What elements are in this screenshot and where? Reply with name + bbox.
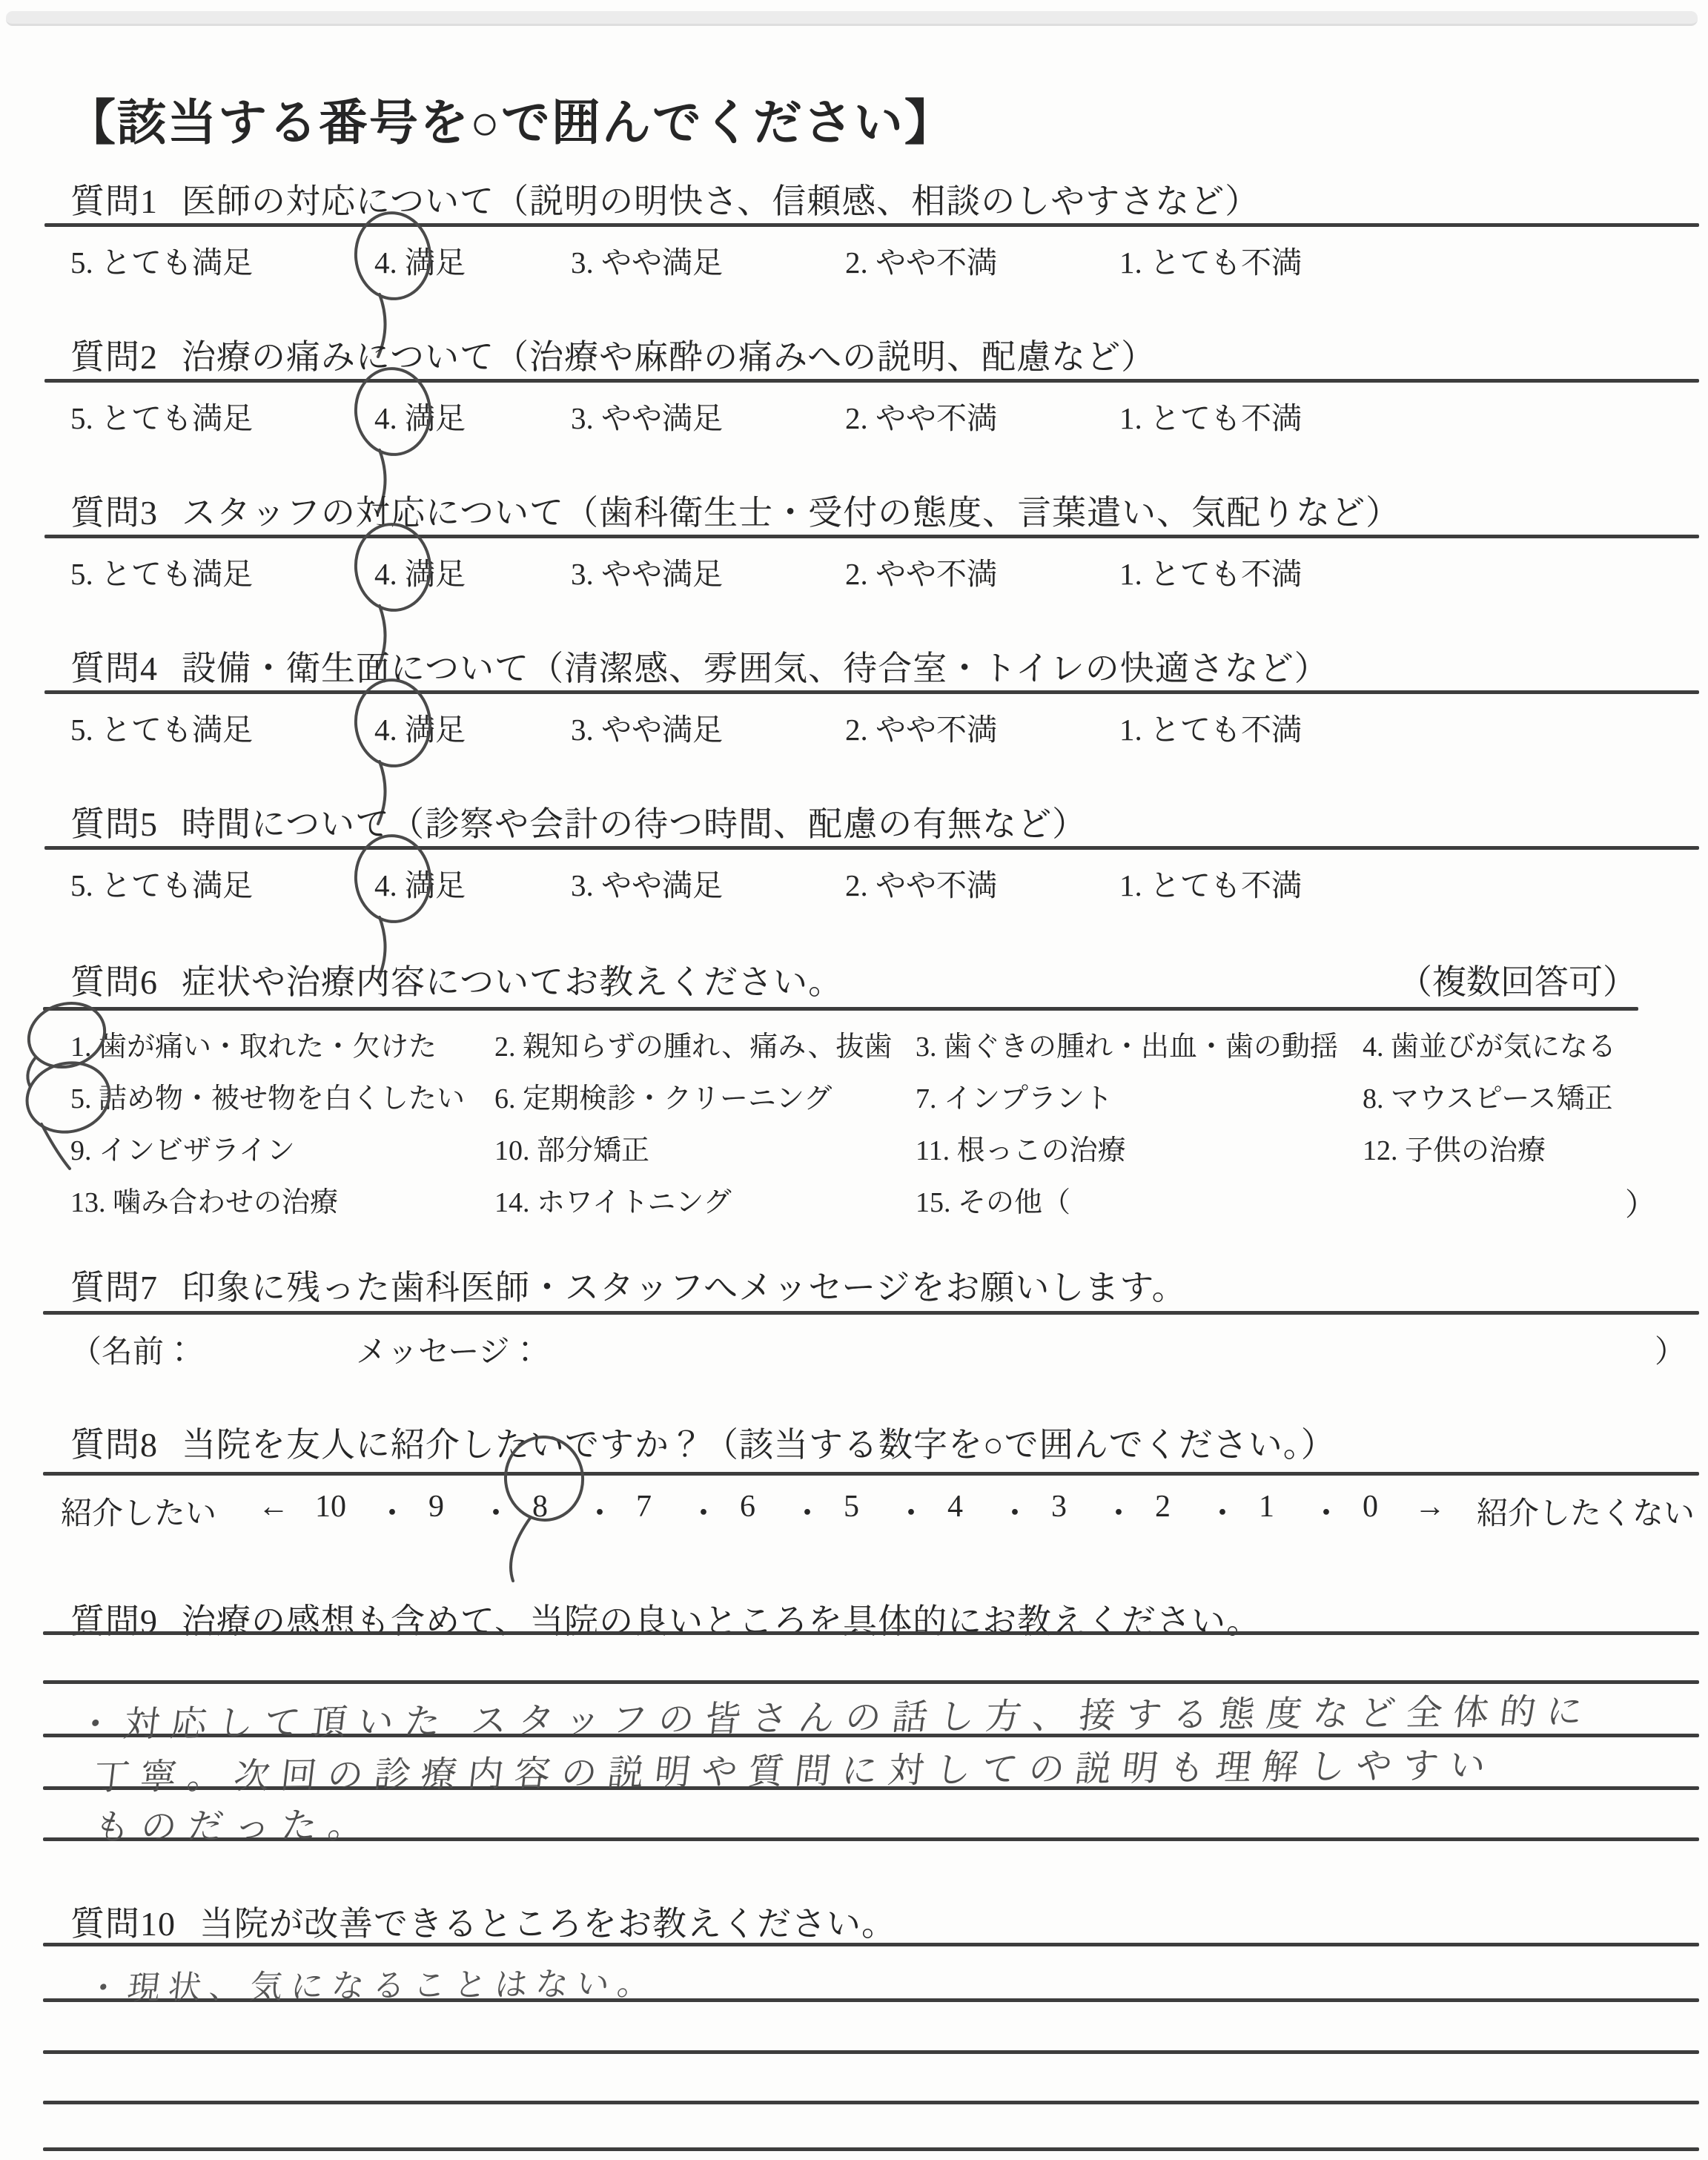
symptom-option-12: 12. 子供の治療 (1363, 1127, 1546, 1168)
question-8-text: 当院を友人に紹介したいですか？（該当する数字を○で囲んでください。） (182, 1426, 1336, 1464)
rating-option-1: 1. とても不満 (1119, 549, 1302, 593)
symptom-option-2: 2. 親知らずの腫れ、痛み、抜歯 (494, 1023, 893, 1064)
question-7-label: 質問7 (70, 1269, 158, 1307)
question-4-label: 質問4 (70, 650, 158, 687)
nps-number-4: 4 (947, 1489, 963, 1525)
question-2-text: 治療の痛みについて（治療や麻酔の痛みへの説明、配慮など） (182, 338, 1156, 376)
question-7-heading: 質問7印象に残った歯科医師・スタッフへメッセージをお願いします。 (70, 1261, 1187, 1309)
divider-rule-q4 (44, 690, 1699, 694)
q9-handwritten-answer-line-3: ものだった。 (92, 1796, 378, 1849)
q10-handwritten-answer-line-1: ・現状、気になることはない。 (85, 1957, 661, 2009)
rating-option-1: 1. とても不満 (1119, 394, 1302, 437)
question-8-label: 質問8 (70, 1426, 158, 1464)
nps-number-5: 5 (844, 1489, 859, 1525)
rating-option-5: 5. とても満足 (70, 861, 253, 905)
rating-option-3: 3. やや満足 (571, 705, 723, 749)
symptom-option-11: 11. 根っこの治療 (916, 1127, 1126, 1168)
symptom-option-7: 7. インプラント (916, 1075, 1113, 1116)
handwritten-circle-nps-8 (483, 1436, 624, 1591)
other-option-close-paren: ） (1625, 1180, 1656, 1225)
question-6-label: 質問6 (70, 963, 158, 1001)
rating-option-1: 1. とても不満 (1119, 705, 1302, 749)
nps-number-10: 10 (315, 1489, 346, 1525)
nps-number-2: 2 (1155, 1489, 1171, 1525)
left-arrow-icon: ← (258, 1489, 289, 1525)
question-2-heading: 質問2治療の痛みについて（治療や麻酔の痛みへの説明、配慮など） (70, 330, 1156, 379)
question-6-heading: 質問6症状や治療内容についてお教えください。 (70, 955, 843, 1004)
question-5-heading: 質問5時間について（診察や会計の待つ時間、配慮の有無など） (70, 797, 1087, 846)
answer-line-rule (43, 2050, 1699, 2054)
rating-option-2: 2. やや不満 (845, 861, 997, 905)
multiple-answers-note: （複数回答可） (1398, 955, 1637, 1004)
rating-options-row: 5. とても満足4. 満足3. やや満足2. やや不満1. とても不満 (70, 861, 1694, 905)
question-10-heading: 質問10当院が改善できるところをお教えください。 (70, 1897, 896, 1946)
right-arrow-icon: → (1414, 1489, 1446, 1525)
question-4-heading: 質問4設備・衛生面について（清潔感、雰囲気、待合室・トイレの快適さなど） (70, 641, 1329, 690)
nps-dot-separator: ・ (1103, 1489, 1134, 1533)
symptom-option-13: 13. 噛み合わせの治療 (70, 1179, 338, 1220)
rating-option-5: 5. とても満足 (70, 549, 253, 593)
nps-dot-separator: ・ (999, 1489, 1030, 1533)
page-title: 【該当する番号を○で囲んでください】 (67, 83, 955, 153)
question-3-heading: 質問3スタッフの対応について（歯科衛生士・受付の態度、言葉遣い、気配りなど） (70, 486, 1400, 535)
divider-rule-q2 (44, 379, 1699, 383)
rating-option-2: 2. やや不満 (845, 394, 997, 437)
nps-number-1: 1 (1259, 1489, 1274, 1525)
symptom-option-15: 15. その他（ (916, 1179, 1070, 1220)
question-9-heading: 質問9治療の感想も含めて、当院の良いところを具体的にお教えください。 (70, 1594, 1261, 1643)
dental-survey-scan: 【該当する番号を○で囲んでください】 質問1医師の対応について（説明の明快さ、信… (0, 0, 1708, 2160)
nps-left-label: 紹介したい (61, 1489, 216, 1533)
nps-number-0: 0 (1363, 1489, 1378, 1525)
answer-line-rule (43, 1631, 1699, 1635)
question-7-text: 印象に残った歯科医師・スタッフへメッセージをお願いします。 (182, 1269, 1187, 1307)
question-10-text: 当院が改善できるところをお教えください。 (199, 1905, 896, 1943)
rating-option-5: 5. とても満足 (70, 238, 253, 282)
rating-option-2: 2. やや不満 (845, 549, 997, 593)
nps-number-6: 6 (740, 1489, 755, 1525)
question-1-label: 質問1 (70, 182, 158, 220)
nps-dot-separator: ・ (688, 1489, 719, 1533)
symptom-option-3: 3. 歯ぐきの腫れ・出血・歯の動揺 (916, 1023, 1338, 1064)
answer-line-rule (43, 1943, 1699, 1946)
symptom-option-10: 10. 部分矯正 (494, 1127, 649, 1168)
rating-options-row: 5. とても満足4. 満足3. やや満足2. やや不満1. とても不満 (70, 238, 1694, 283)
question-10-label: 質問10 (70, 1905, 176, 1943)
nps-number-7: 7 (636, 1489, 652, 1525)
rating-options-row: 5. とても満足4. 満足3. やや満足2. やや不満1. とても不満 (70, 394, 1694, 438)
question-2-label: 質問2 (70, 338, 158, 376)
rating-option-3: 3. やや満足 (571, 238, 723, 282)
question-5-label: 質問5 (70, 805, 158, 843)
divider-rule-q8 (43, 1472, 1699, 1476)
divider-rule-q3 (44, 535, 1699, 538)
rating-option-3: 3. やや満足 (571, 861, 723, 905)
divider-rule-q1 (44, 223, 1699, 227)
nps-right-label: 紹介したくない (1477, 1489, 1695, 1533)
rating-option-3: 3. やや満足 (571, 394, 723, 437)
symptom-option-4: 4. 歯並びが気になる (1363, 1023, 1616, 1064)
divider-rule-q5 (44, 846, 1699, 850)
rating-option-1: 1. とても不満 (1119, 238, 1302, 282)
nps-dot-separator: ・ (896, 1489, 927, 1533)
message-field-label: メッセージ： (356, 1327, 540, 1372)
answer-line-rule (43, 2101, 1699, 2104)
symptom-option-14: 14. ホワイトニング (494, 1179, 732, 1220)
rating-option-1: 1. とても不満 (1119, 861, 1302, 905)
question-1-heading: 質問1医師の対応について（説明の明快さ、信頼感、相談のしやすさなど） (70, 174, 1260, 223)
divider-rule-q7 (43, 1311, 1699, 1315)
nps-dot-separator: ・ (1311, 1489, 1342, 1533)
divider-rule-q6 (43, 1007, 1638, 1011)
nps-dot-separator: ・ (377, 1489, 408, 1533)
question-8-heading: 質問8当院を友人に紹介したいですか？（該当する数字を○で囲んでください。） (70, 1418, 1336, 1467)
rating-options-row: 5. とても満足4. 満足3. やや満足2. やや不満1. とても不満 (70, 549, 1694, 594)
name-field-label: （名前： (70, 1327, 195, 1372)
rating-option-2: 2. やや不満 (845, 238, 997, 282)
handwritten-circle-option-1-and-5 (13, 997, 139, 1182)
nps-number-9: 9 (428, 1489, 444, 1525)
question-5-text: 時間について（診察や会計の待つ時間、配慮の有無など） (182, 805, 1087, 843)
nps-dot-separator: ・ (792, 1489, 823, 1533)
question-3-label: 質問3 (70, 494, 158, 532)
rating-option-5: 5. とても満足 (70, 394, 253, 437)
q7-close-paren: ） (1655, 1327, 1686, 1372)
question-6-text: 症状や治療内容についてお教えください。 (182, 963, 843, 1001)
rating-option-2: 2. やや不満 (845, 705, 997, 749)
nps-number-3: 3 (1051, 1489, 1067, 1525)
rating-option-5: 5. とても満足 (70, 705, 253, 749)
answer-line-rule (43, 2147, 1699, 2151)
nps-dot-separator: ・ (1207, 1489, 1238, 1533)
scan-edge-artifact (6, 11, 1698, 26)
symptom-option-6: 6. 定期検診・クリーニング (494, 1075, 832, 1116)
symptom-option-8: 8. マウスピース矯正 (1363, 1075, 1612, 1116)
nps-scale-row: 紹介したい ← → 紹介したくない 10・9・8・7・6・5・4・3・2・1・0 (0, 1489, 1708, 1541)
q9-handwritten-answer-line-2: 丁寧。次回の診療内容の説明や質問に対しての説明も理解しやすい (91, 1737, 1500, 1800)
rating-option-3: 3. やや満足 (571, 549, 723, 593)
rating-options-row: 5. とても満足4. 満足3. やや満足2. やや不満1. とても不満 (70, 705, 1694, 750)
